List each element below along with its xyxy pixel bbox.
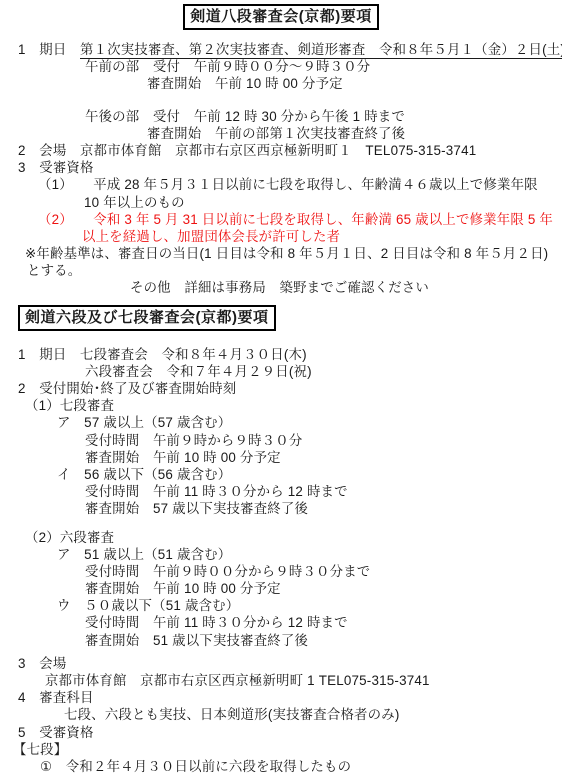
line-7dan-group-a-reception: 受付時間 午前９時から９時３０分 bbox=[0, 432, 562, 449]
section-67dan-body: 1 期日 七段審査会 令和８年４月３０日(木) 六段審査会 令和７年４月２９日(… bbox=[0, 346, 562, 776]
line-6dan-group-a-reception: 受付時間 午前９時００分から９時３０分まで bbox=[0, 563, 562, 580]
line-age-note: ※年齢基準は、審査日の当日(1 日目は令和 8 年５月１日、2 日目は令和 8 … bbox=[0, 245, 562, 262]
line-qualification-1-cont: 10 年以上のもの bbox=[0, 194, 562, 211]
line-qualification-2: （2） 令和 3 年 5 月 31 日以前に七段を取得し、年齢満 65 歳以上で… bbox=[0, 211, 562, 228]
line-pm-start: 審査開始 午前の部第１次実技審査終了後 bbox=[0, 125, 562, 142]
section-title-67dan: 剣道六段及び七段審査会(京都)要項 bbox=[18, 305, 276, 331]
line-reception-heading: 2 受付開始･終了及び審査開始時刻 bbox=[0, 380, 562, 397]
line-7dan-group-a-start: 審査開始 午前 10 時 00 分予定 bbox=[0, 449, 562, 466]
schedule-date-underlined: 第１次実技審査、第２次実技審査、剣道形審査 令和８年５月１（金）２日(土) bbox=[80, 41, 562, 59]
line-venue-67dan: 京都市体育館 京都市右京区西京極新明町 1 TEL075-315-3741 bbox=[0, 672, 562, 689]
line-schedule-6dan: 六段審査会 令和７年４月２９日(祝) bbox=[0, 363, 562, 380]
line-other-contact: その他 詳細は事務局 築野までご確認ください bbox=[0, 279, 562, 296]
line-7dan-exam-heading: （1）七段審査 bbox=[0, 397, 562, 414]
line-6dan-group-u-reception: 受付時間 午前 11 時３０分から 12 時まで bbox=[0, 614, 562, 631]
line-6dan-exam-heading: （2）六段審査 bbox=[0, 529, 562, 546]
line-pm-reception: 午後の部 受付 午前 12 時 30 分から午後 1 時まで bbox=[0, 108, 562, 125]
line-qualification-1: （1） 平成 28 年５月３１日以前に七段を取得し、年齢満４６歳以上で修業年限 bbox=[0, 176, 562, 193]
schedule-date-prefix: 1 期日 bbox=[18, 42, 80, 57]
line-venue-heading: 3 会場 bbox=[0, 655, 562, 672]
line-7dan-condition-1: ① 令和２年４月３０日以前に六段を取得したもの bbox=[0, 758, 562, 775]
line-qualification-heading-67: 5 受審資格 bbox=[0, 724, 562, 741]
line-schedule-7dan: 1 期日 七段審査会 令和８年４月３０日(木) bbox=[0, 346, 562, 363]
line-venue-8dan: 2 会場 京都市体育館 京都市右京区西京極新明町１ TEL075-315-374… bbox=[0, 142, 562, 159]
spacer bbox=[0, 93, 562, 108]
spacer bbox=[0, 518, 562, 529]
line-am-reception: 午前の部 受付 午前９時００分～９時３０分 bbox=[0, 58, 562, 75]
section-8dan-body: 1 期日 第１次実技審査、第２次実技審査、剣道形審査 令和８年５月１（金）２日(… bbox=[0, 41, 562, 297]
line-schedule-date: 1 期日 第１次実技審査、第２次実技審査、剣道形審査 令和８年５月１（金）２日(… bbox=[0, 41, 562, 58]
line-am-start: 審査開始 午前 10 時 00 分予定 bbox=[0, 75, 562, 92]
line-subject: 七段、六段とも実技、日本剣道形(実技審査合格者のみ) bbox=[0, 706, 562, 723]
section-8dan-title-row: 剣道八段審査会(京都)要項 bbox=[0, 4, 562, 30]
line-6dan-group-u: ウ ５０歳以下（51 歳含む） bbox=[0, 597, 562, 614]
line-6dan-group-a: ア 51 歳以上（51 歳含む） bbox=[0, 546, 562, 563]
section-title-8dan: 剣道八段審査会(京都)要項 bbox=[183, 4, 379, 30]
line-7dan-group-i-reception: 受付時間 午前 11 時３０分から 12 時まで bbox=[0, 483, 562, 500]
line-7dan-group-a: ア 57 歳以上（57 歳含む） bbox=[0, 414, 562, 431]
line-7dan-group-i-start: 審査開始 57 歳以下実技審査終了後 bbox=[0, 500, 562, 517]
line-qualification-2-cont: 以上を経過し、加盟団体会長が許可した者 bbox=[0, 228, 562, 245]
line-subject-heading: 4 審査科目 bbox=[0, 689, 562, 706]
line-age-note-cont: とする。 bbox=[0, 262, 562, 279]
line-qualification-heading: 3 受審資格 bbox=[0, 159, 562, 176]
line-6dan-group-u-start: 審査開始 51 歳以下実技審査終了後 bbox=[0, 632, 562, 649]
document-page: 剣道八段審査会(京都)要項 1 期日 第１次実技審査、第２次実技審査、剣道形審査… bbox=[0, 0, 562, 777]
line-6dan-group-a-start: 審査開始 午前 10 時 00 分予定 bbox=[0, 580, 562, 597]
section-67dan-title-row: 剣道六段及び七段審査会(京都)要項 bbox=[18, 305, 562, 331]
line-bracket-7dan: 【七段】 bbox=[0, 741, 562, 758]
line-7dan-group-i: イ 56 歳以下（56 歳含む） bbox=[0, 466, 562, 483]
